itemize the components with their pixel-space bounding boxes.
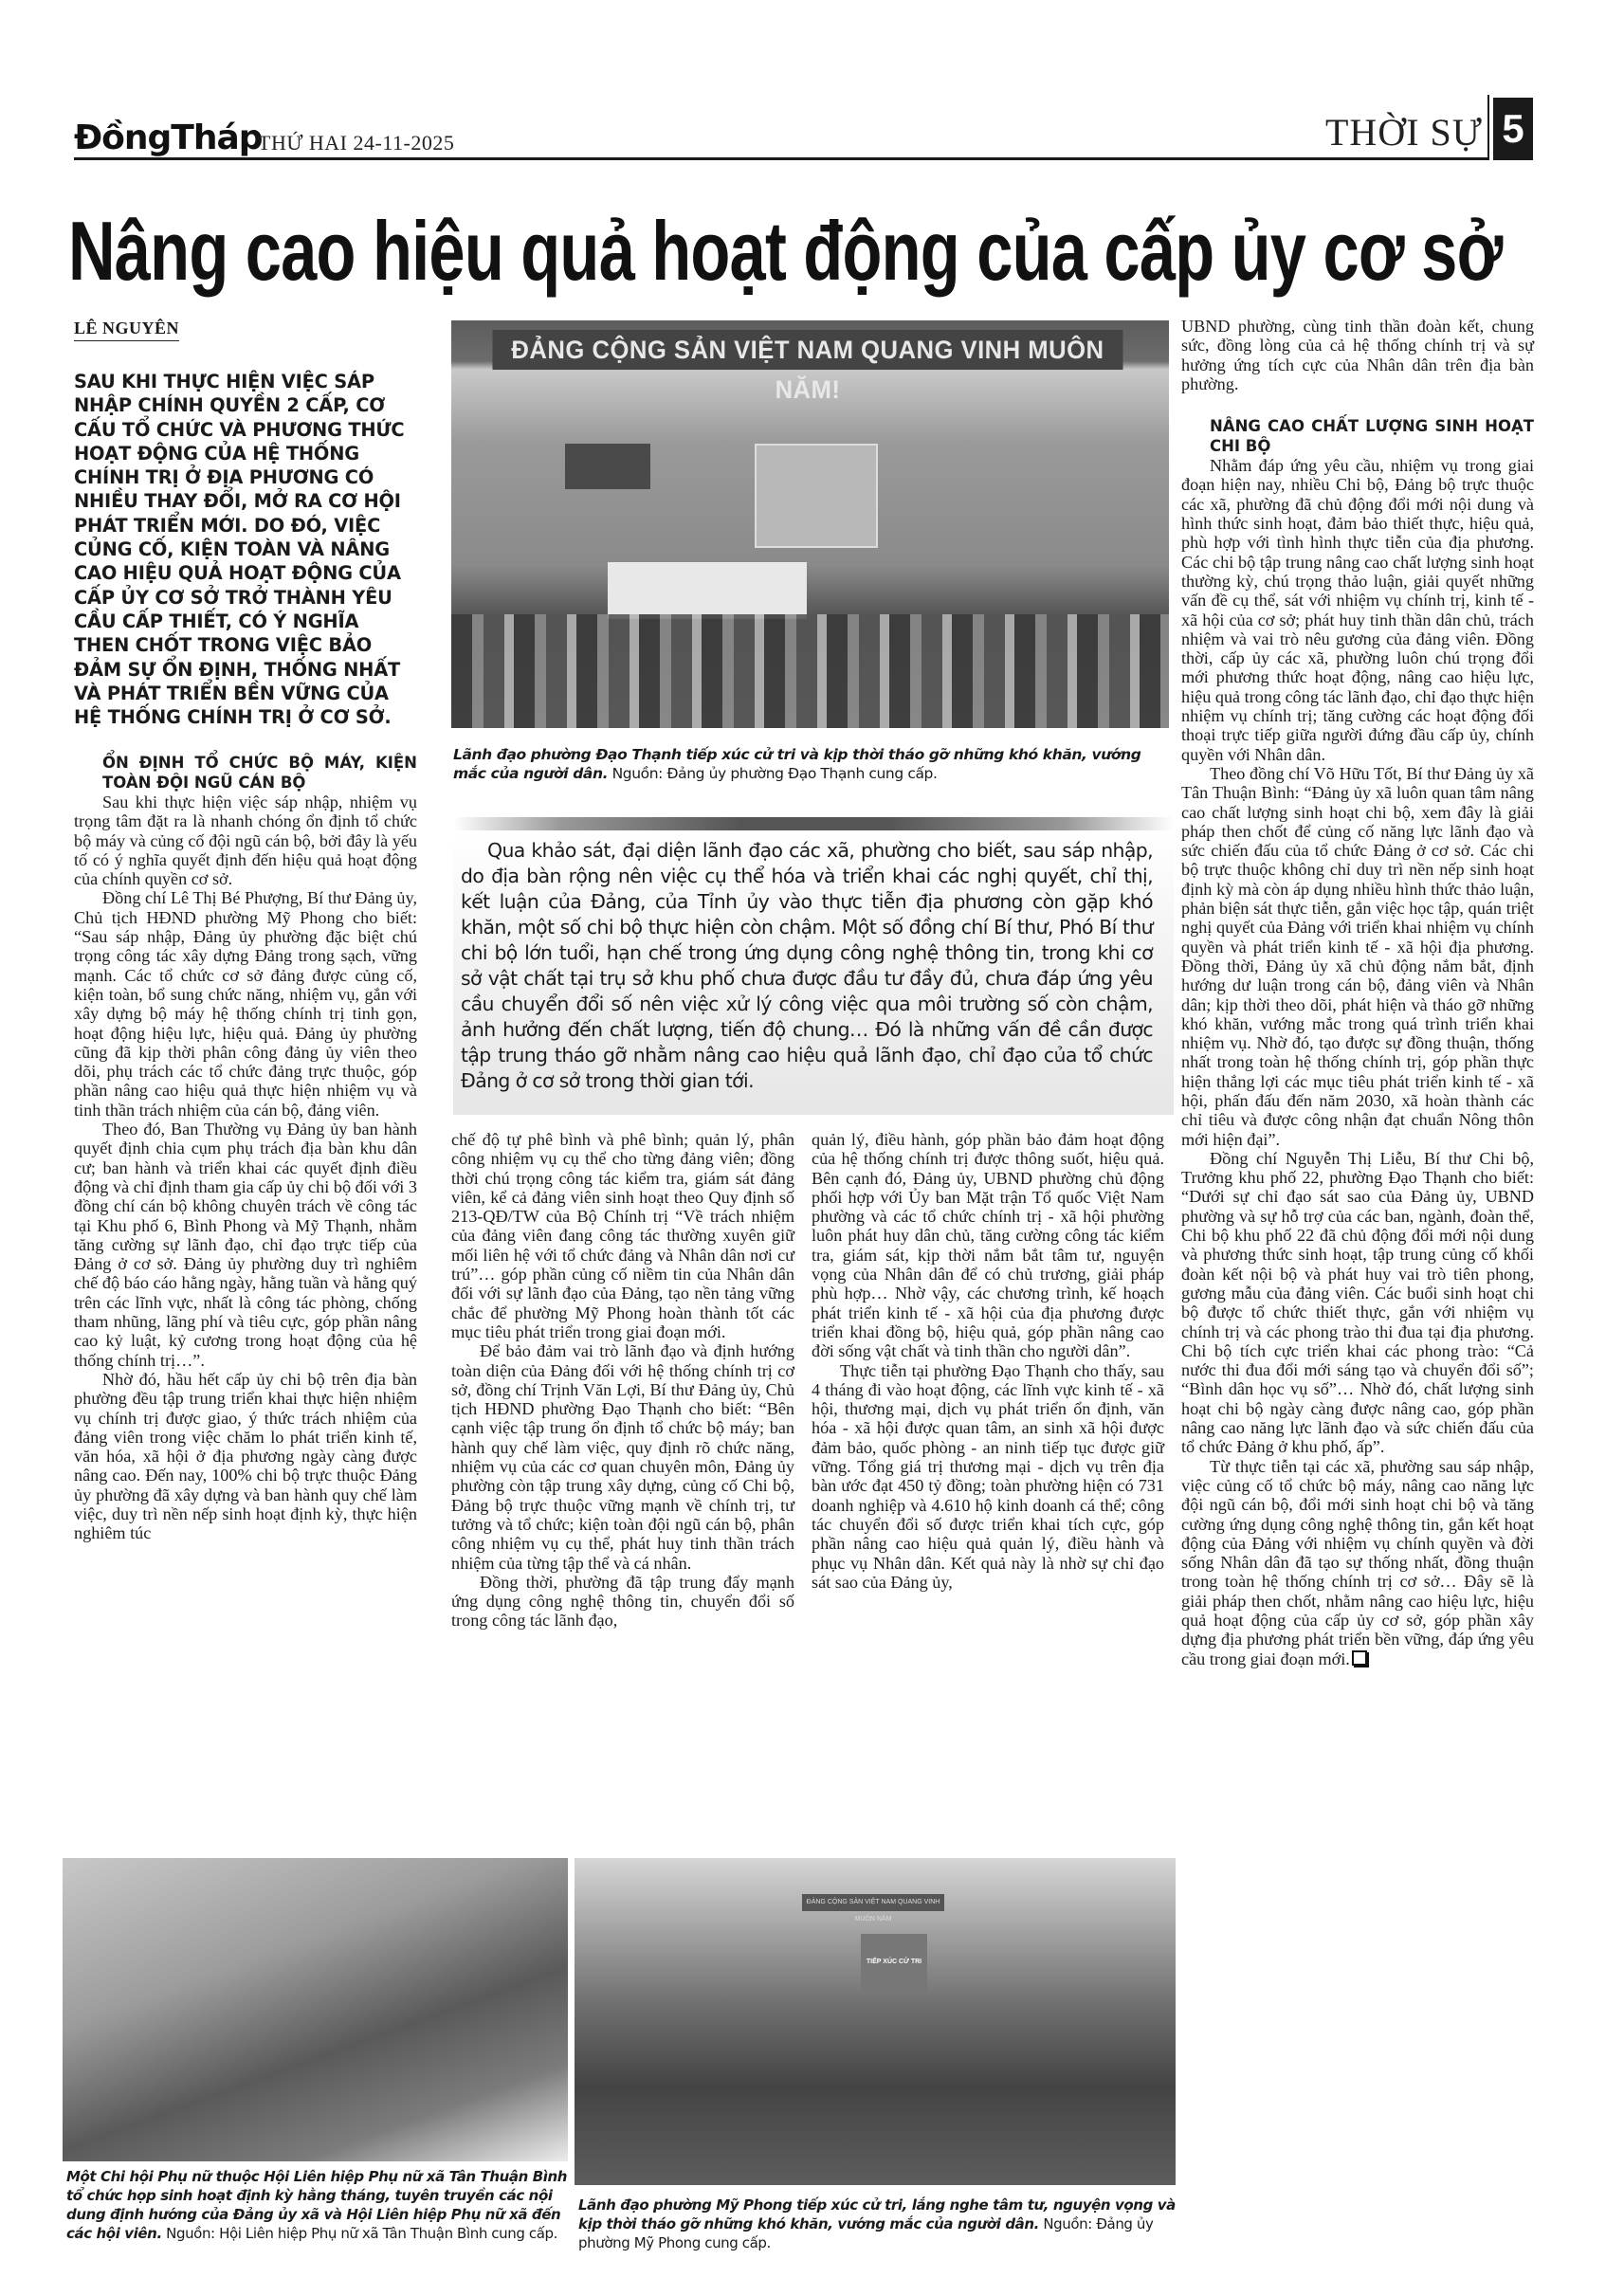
paragraph: Nhờ đó, hầu hết cấp ủy chi bộ trên địa b… [74,1370,417,1543]
header-rule [74,157,1489,160]
paragraph: Theo đó, Ban Thường vụ Đảng ủy ban hành … [74,1120,417,1370]
stage-table [608,562,807,619]
paragraph: Đồng chí Nguyễn Thị Liễu, Bí thư Chi bộ,… [1181,1149,1534,1457]
paragraph: quản lý, điều hành, góp phần bảo đảm hoạ… [812,1130,1164,1361]
main-photo-caption: Lãnh đạo phường Đạo Thạnh tiếp xúc cử tr… [453,745,1174,783]
flag [565,444,650,489]
page-number: 5 [1493,98,1533,160]
paragraph: Sau khi thực hiện việc sáp nhập, nhiệm v… [74,793,417,888]
section-name: THỜI SỰ [1325,110,1483,155]
column-3: quản lý, điều hành, góp phần bảo đảm hoạ… [812,1130,1164,1592]
header-divider [1487,95,1489,159]
caption-source: Nguồn: Hội Liên hiệp Phụ nữ xã Tân Thuận… [166,2225,557,2242]
photo-banner-text: ĐẢNG CỘNG SẢN VIỆT NAM QUANG VINH MUÔN N… [493,330,1123,370]
paragraph: Thực tiễn tại phường Đạo Thạnh cho thấy,… [812,1361,1164,1593]
paragraph: Đồng thời, phường đã tập trung đẩy mạnh … [451,1573,794,1631]
paragraph: Theo đồng chí Võ Hữu Tốt, Bí thư Đảng ủy… [1181,764,1534,1149]
photo-banner-text: ĐẢNG CỘNG SẢN VIỆT NAM QUANG VINH MUÔN N… [802,1894,944,1911]
paragraph: Để bảo đảm vai trò lãnh đạo và định hướn… [451,1341,794,1573]
masthead-logo: ĐồngTháp [74,119,263,157]
photo-screen-text: TIẾP XÚC CỬ TRI [861,1934,927,1991]
column-4: UBND phường, cùng tinh thần đoàn kết, ch… [1181,317,1534,1668]
caption-source: Nguồn: Đảng ủy phường Đạo Thạnh cung cấp… [612,765,938,782]
byline: LÊ NGUYÊN [74,319,179,341]
issue-date: THỨ HAI 24-11-2025 [258,131,454,155]
end-mark-icon [1352,1650,1367,1666]
bottom-left-caption: Một Chi hội Phụ nữ thuộc Hội Liên hiệp P… [66,2167,569,2243]
article-lead: SAU KHI THỰC HIỆN VIỆC SÁP NHẬP CHÍNH QU… [74,370,417,729]
photo-women-union-meeting [63,1858,568,2161]
bottom-right-caption: Lãnh đạo phường Mỹ Phong tiếp xúc cử tri… [578,2196,1176,2252]
audience [451,614,1169,728]
photo-dao-thanh-meeting: ĐẢNG CỘNG SẢN VIỆT NAM QUANG VINH MUÔN N… [451,320,1169,728]
paragraph: Từ thực tiễn tại các xã, phường sau sáp … [1181,1457,1534,1668]
pullquote-text: Qua khảo sát, đại diện lãnh đạo các xã, … [461,838,1153,1094]
paragraph: UBND phường, cùng tinh thần đoàn kết, ch… [1181,317,1534,393]
article-headline: Nâng cao hiệu quả hoạt động của cấp ủy c… [68,199,1222,303]
projector-screen [755,444,878,548]
column-1: ỔN ĐỊNH TỔ CHỨC BỘ MÁY, KIỆN TOÀN ĐỘI NG… [74,753,417,1543]
column-2: chế độ tự phê bình và phê bình; quản lý,… [451,1130,794,1631]
subhead-2: NÂNG CAO CHẤT LƯỢNG SINH HOẠT CHI BỘ [1181,416,1534,456]
paragraph: Đồng chí Lê Thị Bé Phượng, Bí thư Đảng ủ… [74,888,417,1120]
paragraph: chế độ tự phê bình và phê bình; quản lý,… [451,1130,794,1341]
subhead-1: ỔN ĐỊNH TỔ CHỨC BỘ MÁY, KIỆN TOÀN ĐỘI NG… [74,753,417,793]
closing-paragraph: Từ thực tiễn tại các xã, phường sau sáp … [1181,1457,1534,1668]
pullquote-rule [453,817,1174,830]
pullquote: Qua khảo sát, đại diện lãnh đạo các xã, … [461,838,1153,1094]
paragraph: Nhằm đáp ứng yêu cầu, nhiệm vụ trong gia… [1181,456,1534,764]
photo-my-phong-meeting: ĐẢNG CỘNG SẢN VIỆT NAM QUANG VINH MUÔN N… [575,1858,1176,2185]
